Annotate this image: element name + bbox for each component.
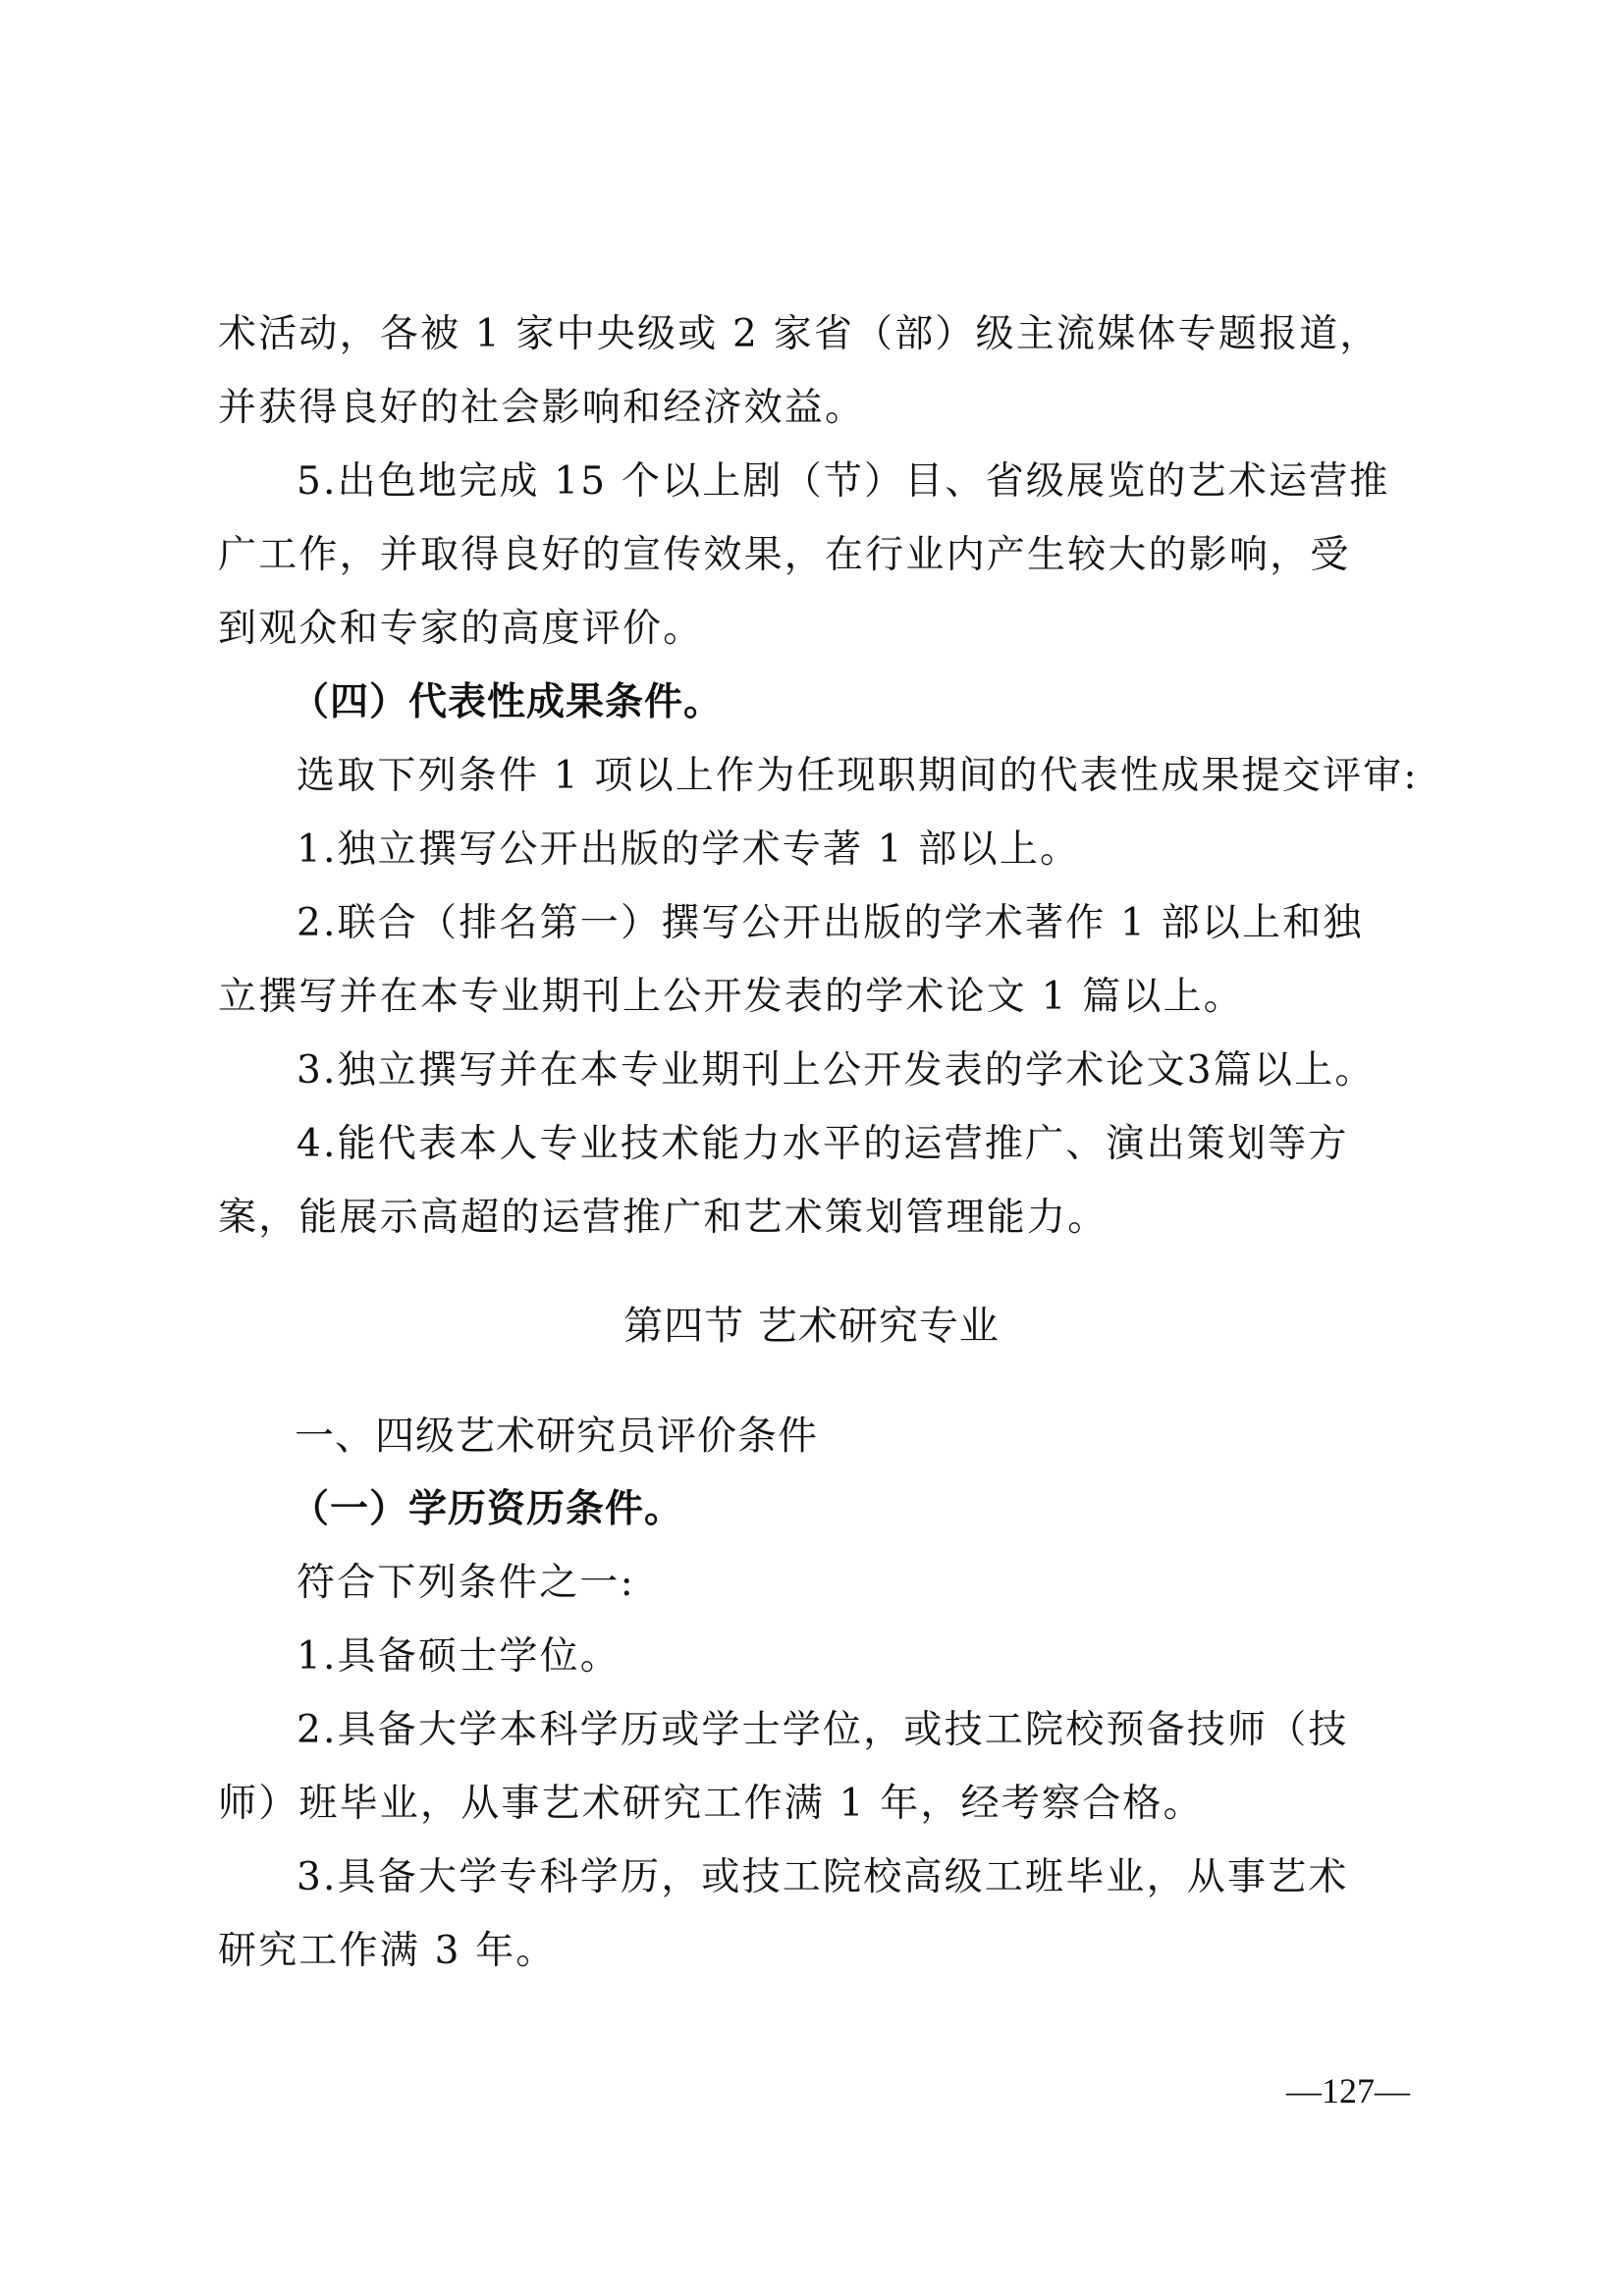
paragraph-line: 术活动，各被 1 家中央级或 2 家省（部）级主流媒体专题报道，: [218, 310, 1435, 359]
list-item-1: 1.独立撰写公开出版的学术专著 1 部以上。: [297, 826, 1435, 875]
section-title: 第四节 艺术研究专业: [0, 1302, 1623, 1351]
list-item-3: 3.具备大学专科学历，或技工院校高级工班毕业，从事艺术: [297, 1853, 1435, 1902]
paragraph-line: 广工作，并取得良好的宣传效果，在行业内产生较大的影响，受: [218, 531, 1435, 580]
list-item-5: 5.出色地完成 15 个以上剧（节）目、省级展览的艺术运营推: [297, 457, 1435, 507]
list-item-2: 2.具备大学本科学历或学士学位，或技工院校预备技师（技: [297, 1706, 1435, 1755]
subheading-representative-achievements: （四）代表性成果条件。: [291, 678, 1430, 727]
paragraph-line: 并获得良好的社会影响和经济效益。: [218, 384, 1435, 433]
subheading-education-qualification: （一）学历资历条件。: [291, 1485, 1430, 1534]
list-item-1: 1.具备硕士学位。: [297, 1632, 1435, 1682]
paragraph-line: 到观众和专家的高度评价。: [218, 605, 1435, 654]
list-item-3: 3.独立撰写并在本专业期刊上公开发表的学术论文3篇以上。: [297, 1046, 1435, 1095]
paragraph-line: 研究工作满 3 年。: [218, 1927, 1435, 1976]
document-page: 术活动，各被 1 家中央级或 2 家省（部）级主流媒体专题报道， 并获得良好的社…: [0, 0, 1623, 2296]
paragraph-line: 案，能展示高超的运营推广和艺术策划管理能力。: [218, 1194, 1435, 1243]
page-number: —127—: [1286, 2071, 1410, 2110]
intro-text: 符合下列条件之一:: [297, 1559, 1435, 1608]
paragraph-line: 立撰写并在本专业期刊上公开发表的学术论文 1 篇以上。: [218, 973, 1435, 1022]
intro-text: 选取下列条件 1 项以上作为任现职期间的代表性成果提交评审:: [297, 752, 1435, 801]
list-item-2: 2.联合（排名第一）撰写公开出版的学术著作 1 部以上和独: [297, 899, 1435, 948]
list-item-4: 4.能代表本人专业技术能力水平的运营推广、演出策划等方: [297, 1120, 1435, 1169]
paragraph-line: 师）班毕业，从事艺术研究工作满 1 年，经考察合格。: [218, 1780, 1435, 1829]
heading-level-4-art-researcher: 一、四级艺术研究员评价条件: [295, 1412, 1434, 1461]
